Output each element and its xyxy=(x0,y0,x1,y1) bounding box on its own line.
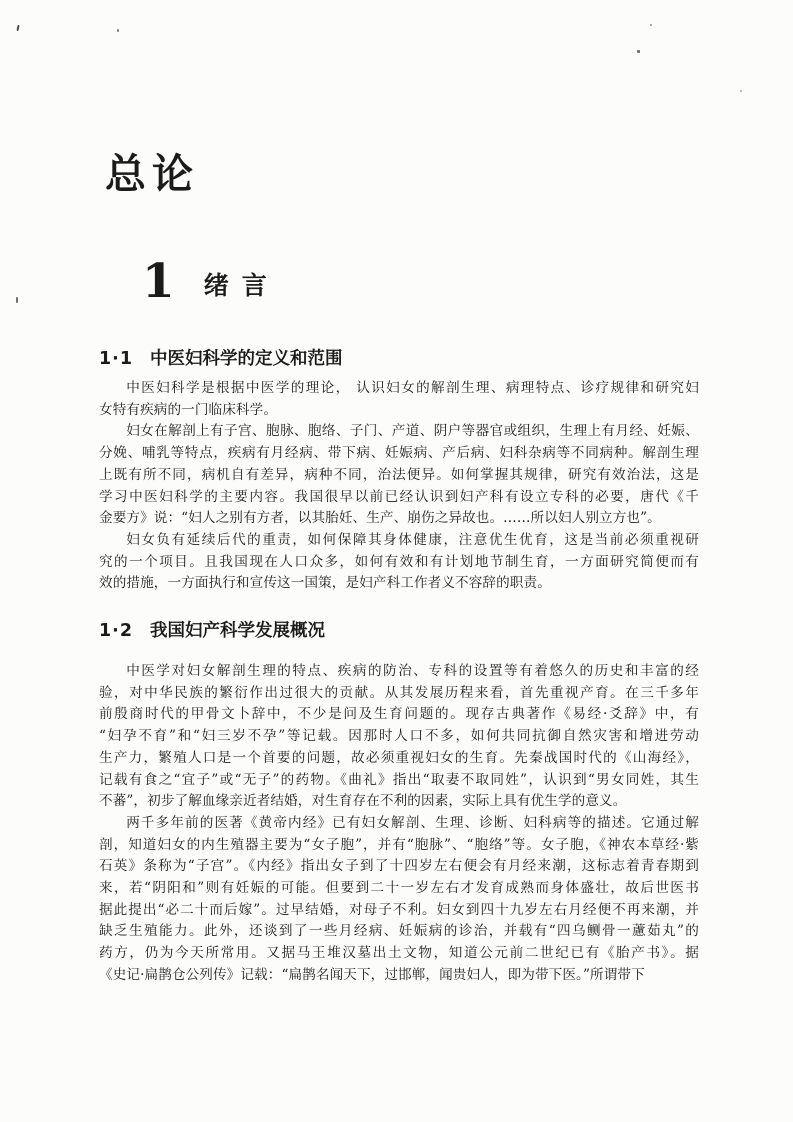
text-line: “妇孕不育”和“妇三岁不孕”等记载。因那时人口不多，如何共同抗御自然灾害和增进劳… xyxy=(99,726,699,748)
paragraph: 妇女负有延续后代的重责，如何保障其身体健康，注意优生优育，这是当前必须重视研究的… xyxy=(99,530,699,595)
text-line: 缺乏生殖能力。此外，还谈到了一些月经病、妊娠病的诊治，并载有“四乌鲗骨一藘茹丸”… xyxy=(99,921,699,943)
scan-speck xyxy=(117,29,119,32)
paragraph: 中医妇科学是根据中医学的理论， 认识妇女的解剖生理、病理特点、诊疗规律和研究妇女… xyxy=(99,378,699,421)
text-line: 学习中医妇科学的主要内容。我国很早以前已经认识到妇产科有设立专科的必要，唐代《千 xyxy=(99,487,699,509)
text-line: 来，若“阴阳和”则有妊娠的可能。但要到二十一岁左右才发育成熟而身体盛壮，故后世医… xyxy=(99,878,699,900)
scan-speck xyxy=(650,24,652,26)
section-heading-1-2: 1·2我国妇产科学发展概况 xyxy=(99,619,699,643)
text-line: 验，对中华民族的繁衍作出过很大的贡献。从其发展历程来看，首先重视产育。在三千多年 xyxy=(99,683,699,705)
text-line: 妇女负有延续后代的重责，如何保障其身体健康，注意优生优育，这是当前必须重视研 xyxy=(99,530,699,552)
text-line: 分娩、哺乳等特点，疾病有月经病、带下病、妊娠病、产后病、妇科杂病等不同病种。解剖… xyxy=(99,443,699,465)
text-line: 效的措施，一方面执行和宣传这一国策，是妇产科工作者义不容辞的职责。 xyxy=(99,573,699,595)
text-line: 石英》条称为“子宫”。《内经》指出女子到了十四岁左右便会有月经来潮，这标志着青春… xyxy=(99,856,699,878)
text-line: 究的一个项目。且我国现在人口众多，如何有效和有计划地节制生育，一方面研究简便而有 xyxy=(99,552,699,574)
text-line: 女特有疾病的一门临床科学。 xyxy=(99,400,699,422)
section-number: 1·2 xyxy=(99,621,133,641)
text-line: 药方，仍为今天所常用。又据马王堆汉墓出土文物，知道公元前二世纪已有《胎产书》。据 xyxy=(99,943,699,965)
paragraph: 中医学对妇女解剖生理的特点、疾病的防治、专科的设置等有着悠久的历史和丰富的经验，… xyxy=(99,661,699,813)
text-line: 剖，知道妇女的内生殖器主要为“女子胞”，并有“胞脉”、“胞络”等。女子胞，《神农… xyxy=(99,835,699,857)
section-title: 中医妇科学的定义和范围 xyxy=(150,349,343,369)
text-line: 不蕃”，初步了解血缘亲近者结婚，对生育存在不利的因素，实际上具有优生学的意义。 xyxy=(99,791,699,813)
text-line: 前殷商时代的甲骨文卜辞中，不少是问及生育问题的。现存古典著作《易经·爻辞》中，有 xyxy=(99,704,699,726)
scan-speck xyxy=(16,25,19,31)
scan-speck xyxy=(16,297,18,303)
chapter-number: 1 xyxy=(142,258,175,306)
text-line: 据此提出“必二十而后嫁”。过早结婚，对母子不利。妇女到四十九岁左右月经便不再来潮… xyxy=(99,900,699,922)
text-line: 中医妇科学是根据中医学的理论， 认识妇女的解剖生理、病理特点、诊疗规律和研究妇 xyxy=(99,378,699,400)
scan-speck xyxy=(740,90,742,92)
text-line: 金要方》说：“妇人之别有方者，以其胎妊、生产、崩伤之异故也。……所以妇人别立方也… xyxy=(99,508,699,530)
section-heading-1-1: 1·1中医妇科学的定义和范围 xyxy=(99,347,699,371)
part-title: 总论 xyxy=(105,152,705,197)
text-line: 生产力，繁殖人口是一个首要的问题，故必须重视妇女的生育。先秦战国时代的《山海经》… xyxy=(99,748,699,770)
section-body-1-2: 中医学对妇女解剖生理的特点、疾病的防治、专科的设置等有着悠久的历史和丰富的经验，… xyxy=(99,661,699,987)
text-line: 妇女在解剖上有子宫、胞脉、胞络、子门、产道、阴户等器官或组织，生理上有月经、妊娠… xyxy=(99,421,699,443)
scan-speck xyxy=(637,50,640,53)
text-line: 两千多年前的医著《黄帝内经》已有妇女解剖、生理、诊断、妇科病等的描述。它通过解 xyxy=(99,813,699,835)
scanned-book-page: 总论 1绪言 1·1中医妇科学的定义和范围 中医妇科学是根据中医学的理论， 认识… xyxy=(0,0,793,1122)
section-title: 我国妇产科学发展概况 xyxy=(150,621,325,641)
paragraph: 妇女在解剖上有子宫、胞脉、胞络、子门、产道、阴户等器官或组织，生理上有月经、妊娠… xyxy=(99,421,699,530)
chapter-title: 绪言 xyxy=(204,266,280,306)
text-line: 记载有食之“宜子”或“无子”的药物。《曲礼》指出“取妻不取同姓”，认识到“男女同… xyxy=(99,770,699,792)
text-line: 中医学对妇女解剖生理的特点、疾病的防治、专科的设置等有着悠久的历史和丰富的经 xyxy=(99,661,699,683)
text-line: 上既有所不同，病机自有差异，病种不同，治法便异。如何掌握其规律，研究有效治法，这… xyxy=(99,465,699,487)
chapter-heading: 1绪言 xyxy=(142,258,742,310)
section-body-1-1: 中医妇科学是根据中医学的理论， 认识妇女的解剖生理、病理特点、诊疗规律和研究妇女… xyxy=(99,378,699,595)
paragraph: 两千多年前的医著《黄帝内经》已有妇女解剖、生理、诊断、妇科病等的描述。它通过解剖… xyxy=(99,813,699,987)
section-number: 1·1 xyxy=(99,349,133,369)
text-line: 《史记·扁鹊仓公列传》记载：“扁鹊名闻天下，过邯郸，闻贵妇人，即为带下医。”所谓… xyxy=(99,965,699,987)
